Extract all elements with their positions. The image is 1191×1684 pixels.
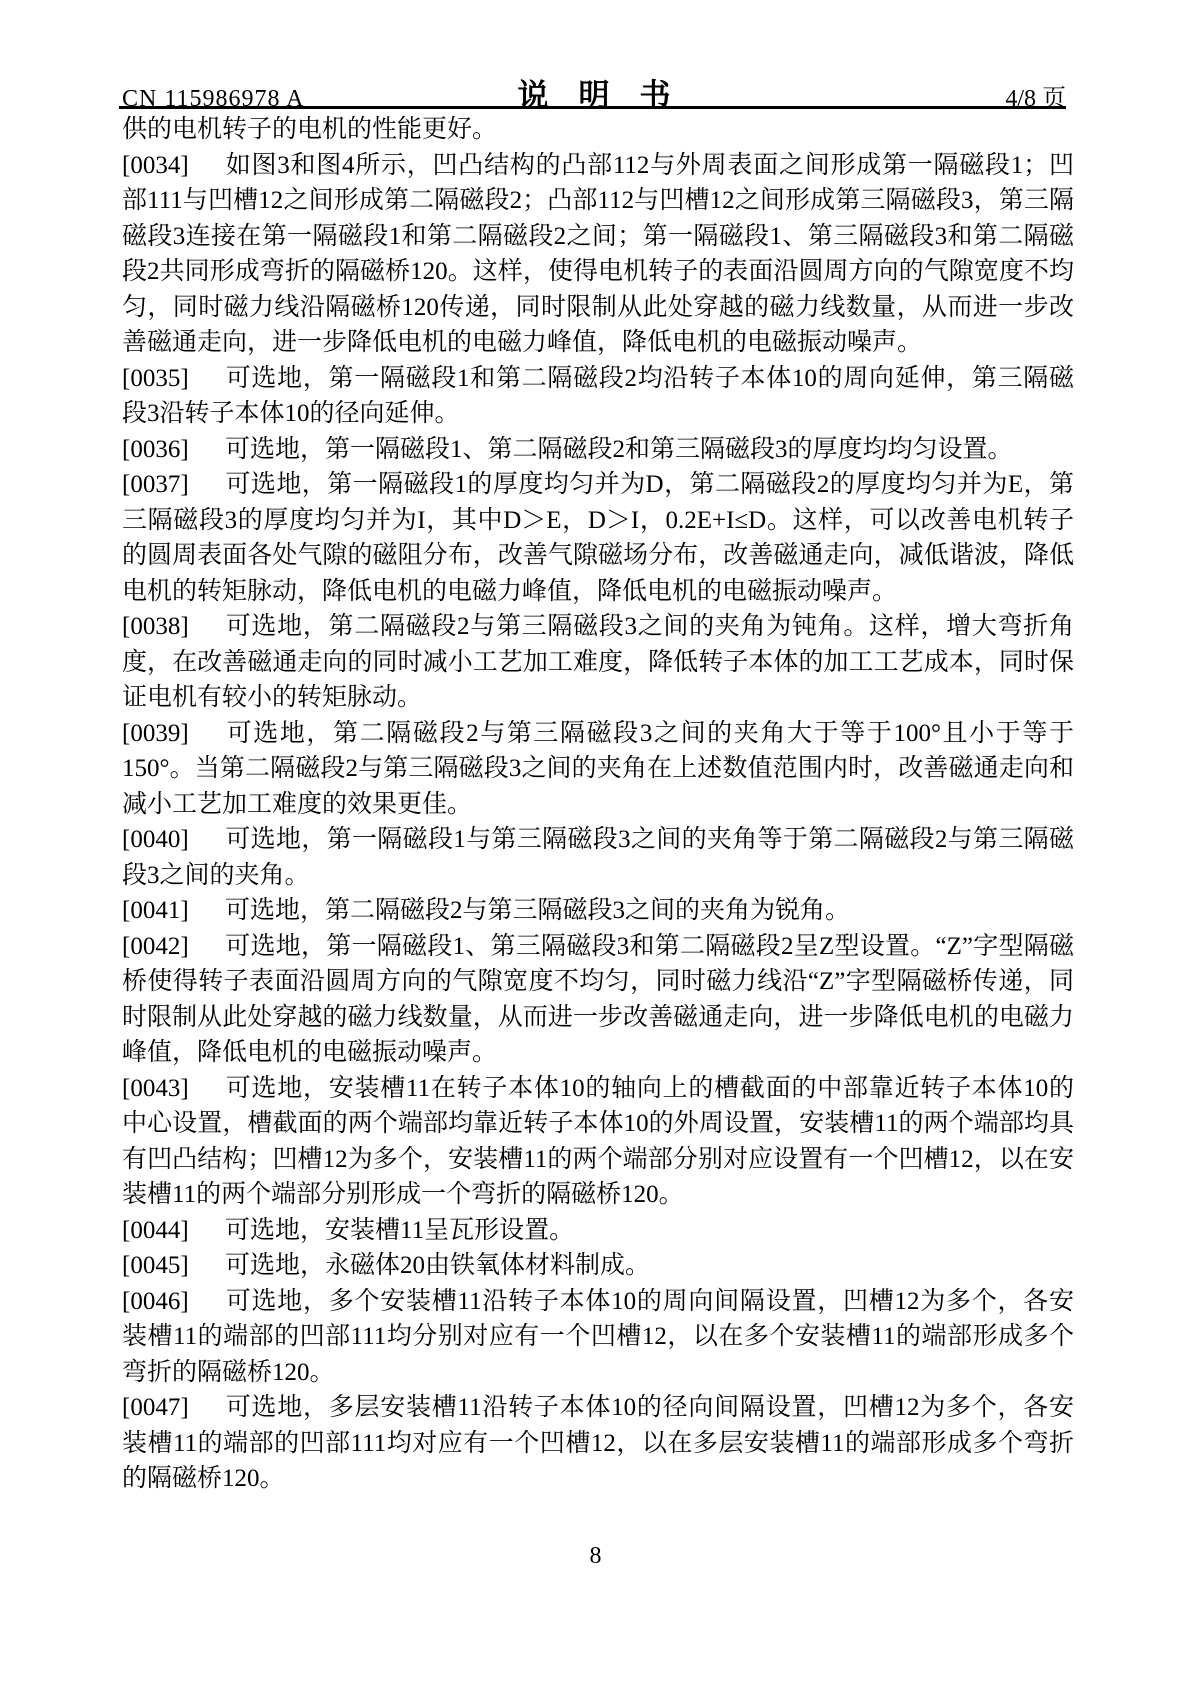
paragraph-text: 供的电机转子的电机的性能更好。 [122, 116, 497, 143]
paragraph-text: 可选地，多层安装槽11沿转子本体10的径向间隔设置，凹槽12为多个，各安装槽11… [122, 1394, 1074, 1492]
paragraph-text: 可选地，第一隔磁段1的厚度均匀并为D，第二隔磁段2的厚度均匀并为E，第三隔磁段3… [122, 471, 1074, 605]
paragraph: [0038]可选地，第二隔磁段2与第三隔磁段3之间的夹角为钝角。这样，增大弯折角… [122, 609, 1074, 716]
paragraph-number: [0045] [122, 1248, 225, 1284]
paragraph-text: 可选地，第二隔磁段2与第三隔磁段3之间的夹角为锐角。 [225, 897, 850, 924]
paragraph: [0037]可选地，第一隔磁段1的厚度均匀并为D，第二隔磁段2的厚度均匀并为E，… [122, 467, 1074, 609]
paragraph-text: 可选地，永磁体20由铁氧体材料制成。 [225, 1252, 650, 1279]
paragraph-number: [0038] [122, 609, 225, 645]
paragraph: [0043]可选地，安装槽11在转子本体10的轴向上的槽截面的中部靠近转子本体1… [122, 1071, 1074, 1213]
paragraph-text: 可选地，第二隔磁段2与第三隔磁段3之间的夹角大于等于100°且小于等于150°。… [122, 720, 1074, 818]
paragraph-text: 可选地，安装槽11呈瓦形设置。 [225, 1217, 574, 1244]
paragraph-number: [0044] [122, 1213, 225, 1249]
paragraph-text: 可选地，第一隔磁段1和第二隔磁段2均沿转子本体10的周向延伸，第三隔磁段3沿转子… [122, 365, 1074, 428]
paragraph: 供的电机转子的电机的性能更好。 [122, 112, 1074, 148]
page-footer: 8 [0, 1543, 1191, 1570]
paragraph-text: 可选地，第一隔磁段1、第二隔磁段2和第三隔磁段3的厚度均均匀设置。 [225, 436, 1013, 463]
description-body: 供的电机转子的电机的性能更好。 [0034]如图3和图4所示，凹凸结构的凸部11… [122, 112, 1074, 1497]
patent-description-page: CN 115986978 A 说明书 4/8 页 供的电机转子的电机的性能更好。… [0, 0, 1191, 1684]
paragraph-text: 如图3和图4所示，凹凸结构的凸部112与外周表面之间形成第一隔磁段1；凹部111… [122, 152, 1074, 357]
paragraph: [0044]可选地，安装槽11呈瓦形设置。 [122, 1213, 1074, 1249]
paragraph: [0034]如图3和图4所示，凹凸结构的凸部112与外周表面之间形成第一隔磁段1… [122, 148, 1074, 361]
paragraph-number: [0040] [122, 822, 225, 858]
paragraph-text: 可选地，第一隔磁段1、第三隔磁段3和第二隔磁段2呈Z型设置。“Z”字型隔磁桥使得… [122, 933, 1074, 1067]
paragraph: [0036]可选地，第一隔磁段1、第二隔磁段2和第三隔磁段3的厚度均均匀设置。 [122, 432, 1074, 468]
paragraph-text: 可选地，第二隔磁段2与第三隔磁段3之间的夹角为钝角。这样，增大弯折角度，在改善磁… [122, 613, 1074, 711]
paragraph: [0041]可选地，第二隔磁段2与第三隔磁段3之间的夹角为锐角。 [122, 893, 1074, 929]
paragraph: [0045]可选地，永磁体20由铁氧体材料制成。 [122, 1248, 1074, 1284]
paragraph-text: 可选地，多个安装槽11沿转子本体10的周向间隔设置，凹槽12为多个，各安装槽11… [122, 1288, 1074, 1386]
paragraph: [0046]可选地，多个安装槽11沿转子本体10的周向间隔设置，凹槽12为多个，… [122, 1284, 1074, 1391]
paragraph: [0040]可选地，第一隔磁段1与第三隔磁段3之间的夹角等于第二隔磁段2与第三隔… [122, 822, 1074, 893]
paragraph-number: [0041] [122, 893, 225, 929]
page-number: 8 [590, 1543, 602, 1569]
paragraph-number: [0034] [122, 148, 225, 184]
paragraph: [0035]可选地，第一隔磁段1和第二隔磁段2均沿转子本体10的周向延伸，第三隔… [122, 361, 1074, 432]
paragraph-number: [0042] [122, 929, 225, 965]
paragraph-number: [0037] [122, 467, 225, 503]
header-divider-line [119, 106, 1066, 109]
paragraph-number: [0047] [122, 1390, 225, 1426]
paragraph-text: 可选地，安装槽11在转子本体10的轴向上的槽截面的中部靠近转子本体10的中心设置… [122, 1075, 1074, 1209]
paragraph-number: [0046] [122, 1284, 225, 1320]
paragraph-number: [0039] [122, 716, 225, 752]
paragraph-number: [0035] [122, 361, 225, 397]
paragraph: [0047]可选地，多层安装槽11沿转子本体10的径向间隔设置，凹槽12为多个，… [122, 1390, 1074, 1497]
paragraph-number: [0043] [122, 1071, 225, 1107]
paragraph-number: [0036] [122, 432, 225, 468]
paragraph: [0039]可选地，第二隔磁段2与第三隔磁段3之间的夹角大于等于100°且小于等… [122, 716, 1074, 823]
paragraph-text: 可选地，第一隔磁段1与第三隔磁段3之间的夹角等于第二隔磁段2与第三隔磁段3之间的… [122, 826, 1074, 889]
paragraph: [0042]可选地，第一隔磁段1、第三隔磁段3和第二隔磁段2呈Z型设置。“Z”字… [122, 929, 1074, 1071]
